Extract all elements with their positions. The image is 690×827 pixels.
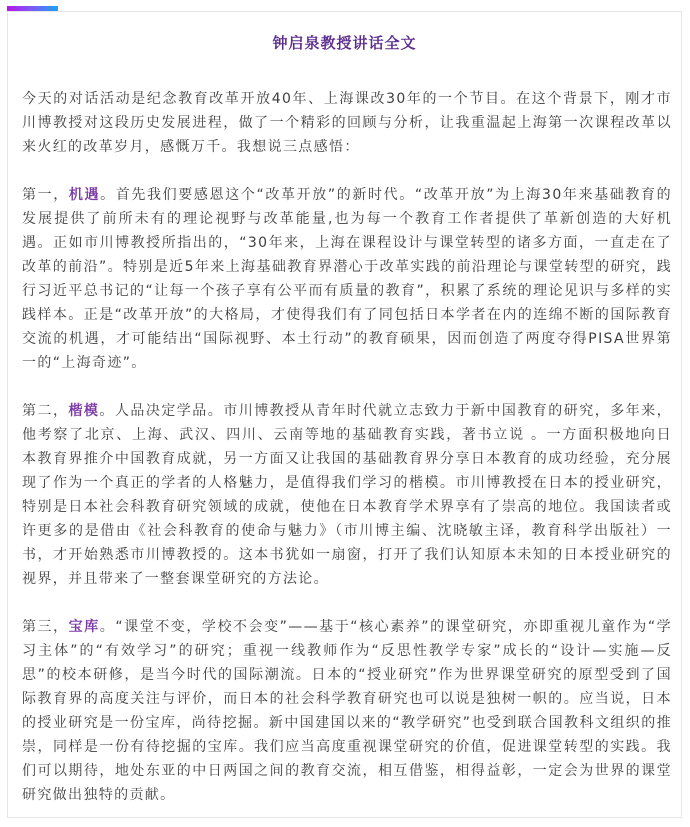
paragraph-first-point: 第一，机遇。首先我们要感恩这个“改革开放”的新时代。“改革开放”为上海30年来基… — [22, 183, 672, 375]
paragraph-intro: 今天的对话活动是纪念教育改革开放40年、上海课改30年的一个节目。在这个背景下，… — [22, 87, 672, 159]
paragraph-third-point: 第三，宝库。“课堂不变，学校不会变”——基于“核心素养”的课堂研究，亦即重视儿童… — [22, 615, 672, 807]
paragraph-text: 今天的对话活动是纪念教育改革开放40年、上海课改30年的一个节目。在这个背景下，… — [22, 91, 672, 155]
article-body: 今天的对话活动是纪念教育改革开放40年、上海课改30年的一个节目。在这个背景下，… — [22, 87, 672, 827]
paragraph-text: 。“课堂不变，学校不会变”——基于“核心素养”的课堂研究，亦即重视儿童作为“学习… — [22, 619, 672, 803]
highlight-keyword-role-model: 楷模 — [68, 403, 99, 419]
paragraph-second-point: 第二，楷模。人品决定学品。市川博教授从青年时代就立志致力于新中国教育的研究，多年… — [22, 399, 672, 591]
paragraph-text: 。首先我们要感恩这个“改革开放”的新时代。“改革开放”为上海30年来基础教育的发… — [22, 187, 672, 371]
paragraph-prefix: 第三， — [22, 619, 69, 635]
paragraph-prefix: 第一， — [22, 187, 69, 203]
article-container: 钟启泉教授讲话全文 今天的对话活动是纪念教育改革开放40年、上海课改30年的一个… — [7, 11, 682, 818]
paragraph-prefix: 第二， — [22, 403, 68, 419]
article-title: 钟启泉教授讲话全文 — [8, 32, 681, 53]
paragraph-text: 。人品决定学品。市川博教授从青年时代就立志致力于新中国教育的研究，多年来，他考察… — [22, 403, 672, 587]
highlight-keyword-opportunity: 机遇 — [69, 187, 100, 203]
highlight-keyword-treasure: 宝库 — [69, 619, 100, 635]
